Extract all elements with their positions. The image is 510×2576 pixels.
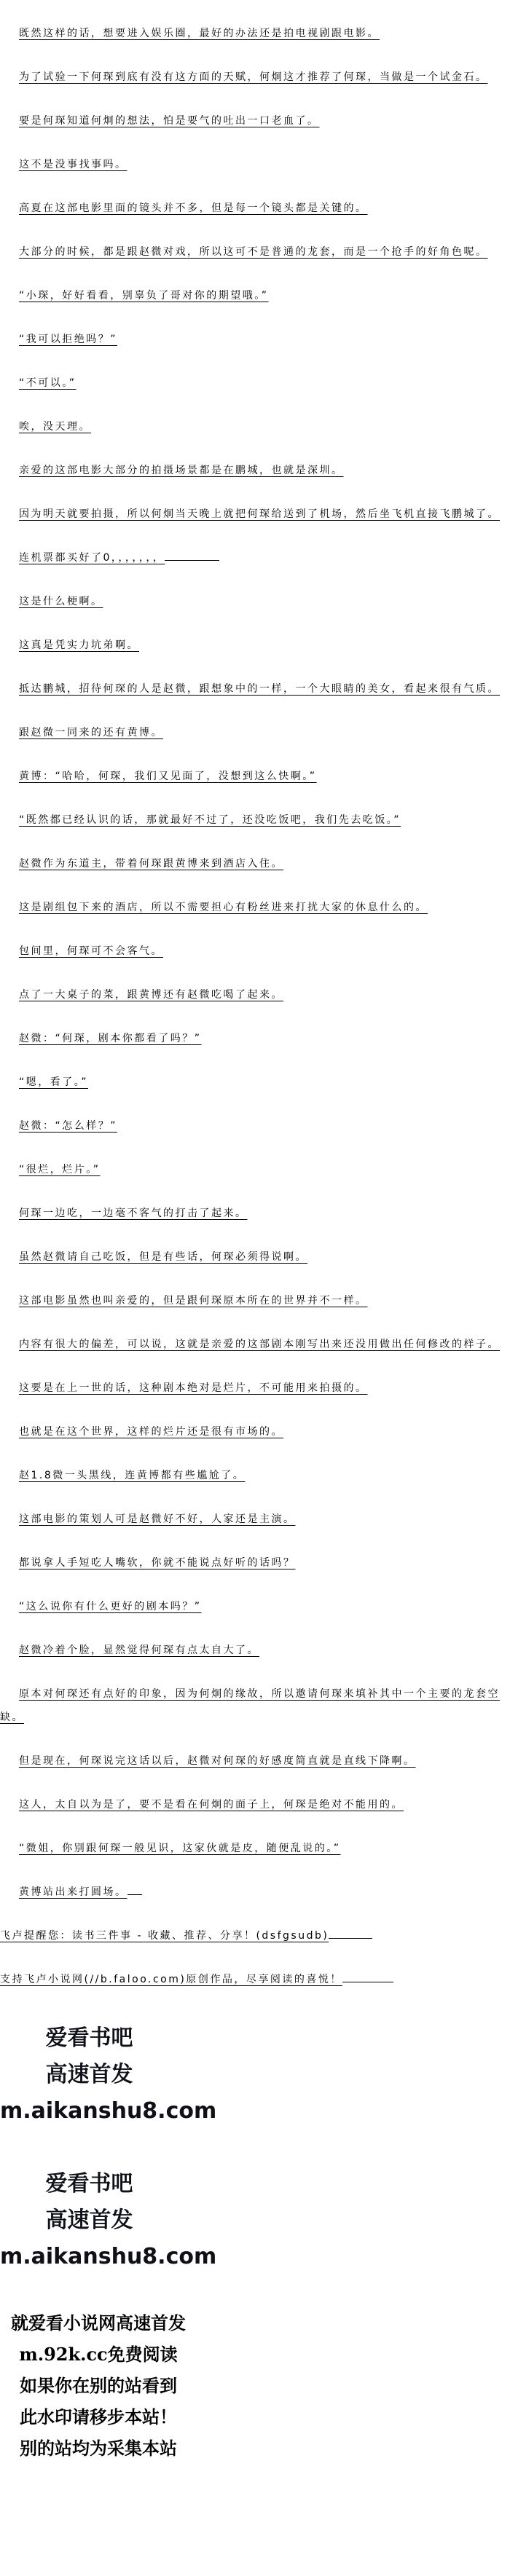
paragraph-text: 何琛一边吃，一边毫不客气的打击了起来。 xyxy=(19,1208,248,1219)
paragraph-text: 因为明天就要拍摄，所以何炯当天晚上就把何琛给送到了机场，然后坐飞机直接飞鹏城了。 xyxy=(19,508,500,520)
paragraph: 点了一大桌子的菜，跟黄博还有赵微吃喝了起来。 xyxy=(0,983,510,1007)
paragraph: 支持飞卢小说网(//b.faloo.com)原创作品，尽享阅读的喜悦！ xyxy=(0,1968,510,1991)
paragraph: “既然都已经认识的话，那就最好不过了，还没吃饭吧，我们先去吃饭。” xyxy=(0,808,510,832)
promo-site-name: 爱看书吧 xyxy=(0,2166,178,2202)
paragraph: 这部电影的策划人可是赵微好不好，人家还是主演。 xyxy=(0,1508,510,1531)
paragraph-text: 这是什么梗啊。 xyxy=(19,596,103,607)
paragraph-text: “小琛，好好看看，别辜负了哥对你的期望哦。” xyxy=(19,290,269,302)
paragraph: “嗯，看了。” xyxy=(0,1071,510,1094)
paragraph: 都说拿人手短吃人嘴软，你就不能说点好听的话吗？ xyxy=(0,1551,510,1575)
paragraph: “小琛，好好看看，别辜负了哥对你的期望哦。” xyxy=(0,284,510,307)
underline-trail xyxy=(127,1892,142,1895)
paragraph-text: “不可以。” xyxy=(19,377,76,389)
underline-trail xyxy=(329,1936,372,1939)
paragraph-text: 为了试验一下何琛到底有没有这方面的天赋，何炯这才推荐了何琛，当做是一个试金石。 xyxy=(19,71,488,83)
paragraph-text: 内容有很大的偏差，可以说，这就是亲爱的这部剧本刚写出来还没用做出任何修改的样子。 xyxy=(19,1339,500,1350)
paragraph: “微姐，你别跟何琛一般见识，这家伙就是皮，随便乱说的。” xyxy=(0,1837,510,1860)
paragraph: “我可以拒绝吗？” xyxy=(0,328,510,351)
promo-tagline: 高速首发 xyxy=(0,2202,178,2239)
paragraph: 何琛一边吃，一边毫不客气的打击了起来。 xyxy=(0,1202,510,1225)
paragraph-text: 黄博：“哈哈，何琛，我们又见面了，没想到这么快啊。” xyxy=(19,771,317,782)
paragraph-text: 这部电影的策划人可是赵微好不好，人家还是主演。 xyxy=(19,1513,296,1525)
paragraph: 但是现在，何琛说完这话以后，赵微对何琛的好感度简直就是直线下降啊。 xyxy=(0,1749,510,1773)
promo-tagline: 高速首发 xyxy=(0,2057,178,2093)
paragraph: “很烂，烂片。” xyxy=(0,1158,510,1181)
paragraph: 这是剧组包下来的酒店，所以不需要担心有粉丝进来打扰大家的休息什么的。 xyxy=(0,896,510,919)
paragraph: 包间里，何琛可不会客气。 xyxy=(0,940,510,963)
paragraph-text: 跟赵微一同来的还有黄博。 xyxy=(19,727,163,738)
promo-site-name: 爱看书吧 xyxy=(0,2020,178,2057)
paragraph-text: 黄博站出来打圆场。 xyxy=(19,1886,127,1898)
paragraph: 内容有很大的偏差，可以说，这就是亲爱的这部剧本刚写出来还没用做出任何修改的样子。 xyxy=(0,1333,510,1356)
watermark-block: 就爱看小说网高速首发 m.92k.cc免费阅读 如果你在别的站看到 此水印请移步… xyxy=(0,2307,197,2464)
paragraph: “这么说你有什么更好的剧本吗？” xyxy=(0,1595,510,1618)
paragraph: 这不是没事找事吗。 xyxy=(0,153,510,176)
promo-block-2: 爱看书吧 高速首发 m.aikanshu8.com xyxy=(0,2166,178,2275)
paragraph-text: 都说拿人手短吃人嘴软，你就不能说点好听的话吗？ xyxy=(19,1557,296,1569)
watermark-line: 别的站均为采集本站 xyxy=(0,2433,197,2464)
paragraph-text: 要是何琛知道何炯的想法，怕是要气的吐出一口老血了。 xyxy=(19,115,320,127)
paragraph: 唉，没天理。 xyxy=(0,415,510,438)
paragraph: 赵微：“怎么样？” xyxy=(0,1114,510,1138)
paragraph: 亲爱的这部电影大部分的拍摄场景都是在鹏城，也就是深圳。 xyxy=(0,459,510,482)
paragraph: 因为明天就要拍摄，所以何炯当天晚上就把何琛给送到了机场，然后坐飞机直接飞鹏城了。 xyxy=(0,503,510,526)
watermark-line: 此水印请移步本站！ xyxy=(0,2401,197,2433)
paragraph: “不可以。” xyxy=(0,371,510,395)
paragraph-text: 高夏在这部电影里面的镜头并不多，但是每一个镜头都是关键的。 xyxy=(19,202,368,214)
paragraph: 赵微：“何琛，剧本你都看了吗？” xyxy=(0,1027,510,1050)
paragraph-text: 连机票都买好了0，，，，，，， xyxy=(19,552,165,564)
paragraph: 为了试验一下何琛到底有没有这方面的天赋，何炯这才推荐了何琛，当做是一个试金石。 xyxy=(0,66,510,89)
paragraph: 黄博：“哈哈，何琛，我们又见面了，没想到这么快啊。” xyxy=(0,765,510,788)
watermark-line: m.92k.cc免费阅读 xyxy=(0,2339,197,2370)
paragraph: 连机票都买好了0，，，，，，， xyxy=(0,546,510,570)
paragraph: 大部分的时候，都是跟赵微对戏，所以这可不是普通的龙套，而是一个抢手的好角色呢。 xyxy=(0,240,510,264)
paragraph: 这真是凭实力坑弟啊。 xyxy=(0,634,510,657)
paragraph-text: 这是剧组包下来的酒店，所以不需要担心有粉丝进来打扰大家的休息什么的。 xyxy=(19,902,428,913)
promo-block-1: 爱看书吧 高速首发 m.aikanshu8.com xyxy=(0,2020,178,2130)
paragraph-text: 这真是凭实力坑弟啊。 xyxy=(19,639,139,651)
paragraph: 也就是在这个世界，这样的烂片还是很有市场的。 xyxy=(0,1420,510,1443)
paragraph-text: 既然这样的话，想要进入娱乐圈，最好的办法还是拍电视剧跟电影。 xyxy=(19,28,380,39)
paragraph: 黄博站出来打圆场。 xyxy=(0,1880,510,1904)
paragraph: 抵达鹏城，招待何琛的人是赵微，跟想象中的一样，一个大眼睛的美女，看起来很有气质。 xyxy=(0,677,510,701)
watermark-line: 如果你在别的站看到 xyxy=(0,2370,197,2401)
promo-url: m.aikanshu8.com xyxy=(0,2239,178,2275)
paragraph-text: 虽然赵微请自己吃饭，但是有些话，何琛必须得说啊。 xyxy=(19,1251,307,1263)
chapter-text: 既然这样的话，想要进入娱乐圈，最好的办法还是拍电视剧跟电影。为了试验一下何琛到底… xyxy=(0,0,510,1991)
paragraph: 这要是在上一世的话，这种剧本绝对是烂片，不可能用来拍摄的。 xyxy=(0,1376,510,1400)
paragraph: 飞卢提醒您：读书三件事 - 收藏、推荐、分享！(dsfgsudb) xyxy=(0,1924,510,1947)
paragraph: 这人，太自以为是了，要不是看在何炯的面子上，何琛是绝对不能用的。 xyxy=(0,1793,510,1816)
paragraph-text: 唉，没天理。 xyxy=(19,421,91,433)
paragraph-text: 赵微冷着个脸，显然觉得何琛有点太自大了。 xyxy=(19,1645,259,1656)
paragraph-text: “这么说你有什么更好的剧本吗？” xyxy=(19,1601,202,1612)
paragraph-text: 这要是在上一世的话，这种剧本绝对是烂片，不可能用来拍摄的。 xyxy=(19,1382,368,1394)
paragraph-text: 赵1.8微一头黑线，连黄博都有些尴尬了。 xyxy=(19,1470,245,1481)
paragraph-text: 支持飞卢小说网(//b.faloo.com)原创作品，尽享阅读的喜悦！ xyxy=(0,1974,342,1985)
paragraph-text: “我可以拒绝吗？” xyxy=(19,334,117,345)
promo-url: m.aikanshu8.com xyxy=(0,2093,178,2130)
paragraph: 这部电影虽然也叫亲爱的，但是跟何琛原本所在的世界并不一样。 xyxy=(0,1289,510,1312)
paragraph: 跟赵微一同来的还有黄博。 xyxy=(0,721,510,744)
paragraph-text: 赵微作为东道主，带着何琛跟黄博来到酒店入住。 xyxy=(19,858,283,870)
paragraph-text: 飞卢提醒您：读书三件事 - 收藏、推荐、分享！(dsfgsudb) xyxy=(0,1930,329,1942)
paragraph-text: “既然都已经认识的话，那就最好不过了，还没吃饭吧，我们先去吃饭。” xyxy=(19,814,401,826)
paragraph: 原本对何琛还有点好的印象，因为何炯的缘故，所以邀请何琛来填补其中一个主要的龙套空… xyxy=(0,1682,510,1729)
paragraph-text: 点了一大桌子的菜，跟黄博还有赵微吃喝了起来。 xyxy=(19,989,283,1001)
paragraph: 这是什么梗啊。 xyxy=(0,590,510,613)
paragraph: 赵微冷着个脸，显然觉得何琛有点太自大了。 xyxy=(0,1639,510,1662)
paragraph: 虽然赵微请自己吃饭，但是有些话，何琛必须得说啊。 xyxy=(0,1245,510,1269)
paragraph-text: “微姐，你别跟何琛一般见识，这家伙就是皮，随便乱说的。” xyxy=(19,1843,341,1854)
paragraph-text: 这人，太自以为是了，要不是看在何炯的面子上，何琛是绝对不能用的。 xyxy=(19,1799,404,1811)
paragraph-text: 亲爱的这部电影大部分的拍摄场景都是在鹏城，也就是深圳。 xyxy=(19,465,344,476)
paragraph-text: 原本对何琛还有点好的印象，因为何炯的缘故，所以邀请何琛来填补其中一个主要的龙套空… xyxy=(0,1688,500,1723)
paragraph-text: 也就是在这个世界，这样的烂片还是很有市场的。 xyxy=(19,1426,283,1438)
paragraph: 高夏在这部电影里面的镜头并不多，但是每一个镜头都是关键的。 xyxy=(0,197,510,220)
novel-page: 既然这样的话，想要进入娱乐圈，最好的办法还是拍电视剧跟电影。为了试验一下何琛到底… xyxy=(0,0,510,2576)
paragraph: 赵1.8微一头黑线，连黄博都有些尴尬了。 xyxy=(0,1464,510,1487)
paragraph-text: 这不是没事找事吗。 xyxy=(19,159,127,170)
paragraph: 既然这样的话，想要进入娱乐圈，最好的办法还是拍电视剧跟电影。 xyxy=(0,22,510,45)
paragraph: 赵微作为东道主，带着何琛跟黄博来到酒店入住。 xyxy=(0,852,510,875)
paragraph-text: “很烂，烂片。” xyxy=(19,1164,101,1175)
watermark-line: 就爱看小说网高速首发 xyxy=(0,2307,197,2339)
paragraph: 要是何琛知道何炯的想法，怕是要气的吐出一口老血了。 xyxy=(0,109,510,133)
paragraph-text: 包间里，何琛可不会客气。 xyxy=(19,945,163,957)
paragraph-text: 赵微：“怎么样？” xyxy=(19,1120,117,1132)
paragraph-text: 这部电影虽然也叫亲爱的，但是跟何琛原本所在的世界并不一样。 xyxy=(19,1295,368,1307)
paragraph-text: 赵微：“何琛，剧本你都看了吗？” xyxy=(19,1033,202,1044)
paragraph-text: “嗯，看了。” xyxy=(19,1076,88,1088)
paragraph-text: 大部分的时候，都是跟赵微对戏，所以这可不是普通的龙套，而是一个抢手的好角色呢。 xyxy=(19,246,488,258)
underline-trail xyxy=(165,558,219,561)
underline-trail xyxy=(342,1980,393,1982)
paragraph-text: 抵达鹏城，招待何琛的人是赵微，跟想象中的一样，一个大眼睛的美女，看起来很有气质。 xyxy=(19,683,500,695)
paragraph-text: 但是现在，何琛说完这话以后，赵微对何琛的好感度简直就是直线下降啊。 xyxy=(19,1755,416,1767)
